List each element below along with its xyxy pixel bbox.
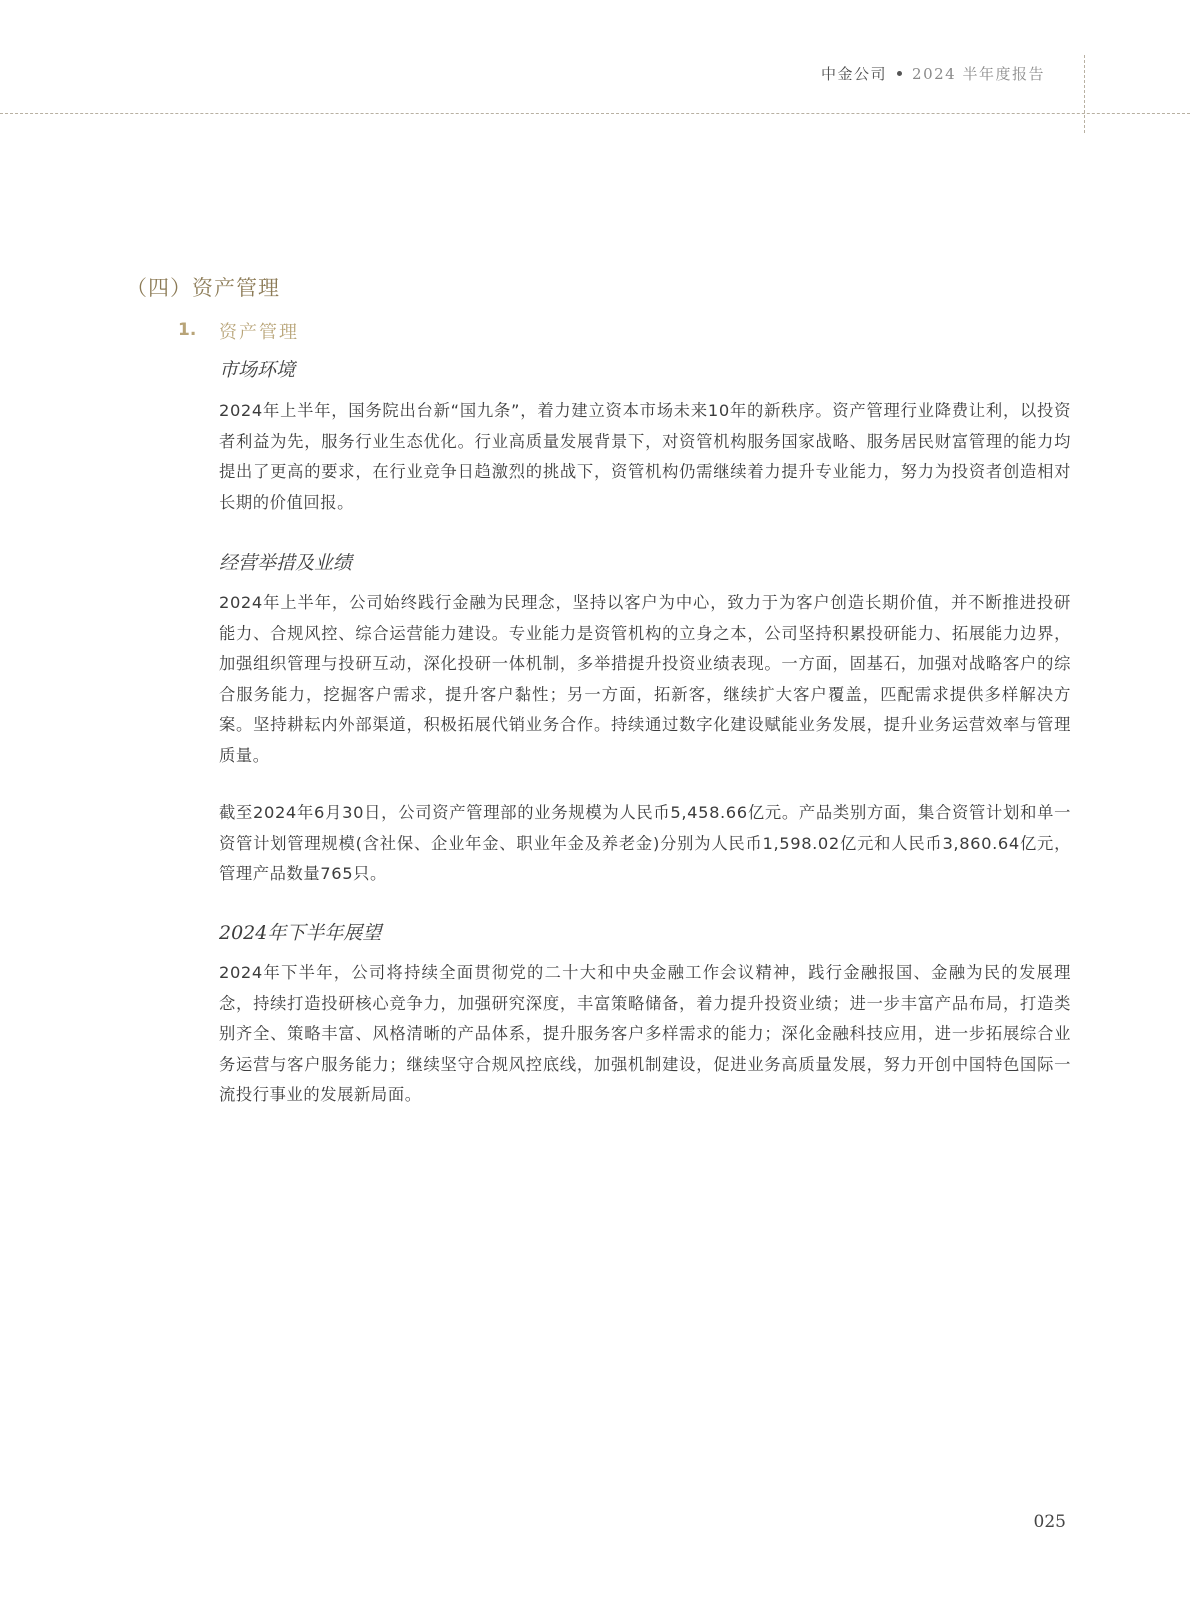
header-report-title: 2024 半年度报告 bbox=[912, 65, 1045, 83]
heading-operations-performance: 经营举措及业绩 bbox=[219, 548, 352, 575]
paragraph-h2-outlook: 2024年下半年，公司将持续全面贯彻党的二十大和中央金融工作会议精神，践行金融报… bbox=[219, 958, 1071, 1111]
paragraph-operations-measures: 2024年上半年，公司始终践行金融为民理念，坚持以客户为中心，致力于为客户创造长… bbox=[219, 588, 1071, 771]
subsection-number: 1. bbox=[178, 320, 196, 340]
heading-market-environment: 市场环境 bbox=[219, 355, 295, 382]
section-title: （四）资产管理 bbox=[126, 272, 280, 302]
paragraph-market-environment: 2024年上半年，国务院出台新“国九条”，着力建立资本市场未来10年的新秩序。资… bbox=[219, 396, 1071, 518]
page-number: 025 bbox=[1034, 1512, 1066, 1532]
paragraph-aum-figures: 截至2024年6月30日，公司资产管理部的业务规模为人民币5,458.66亿元。… bbox=[219, 798, 1071, 890]
header-dashed-divider bbox=[0, 113, 1190, 114]
header-vertical-dashed-divider bbox=[1084, 55, 1085, 133]
subsection-title: 资产管理 bbox=[219, 318, 299, 344]
running-header: 中金公司2024 半年度报告 bbox=[821, 63, 1045, 84]
bullet-dot-icon bbox=[897, 71, 902, 76]
header-company-name: 中金公司 bbox=[821, 65, 887, 83]
heading-h2-outlook: 2024年下半年展望 bbox=[219, 918, 381, 945]
